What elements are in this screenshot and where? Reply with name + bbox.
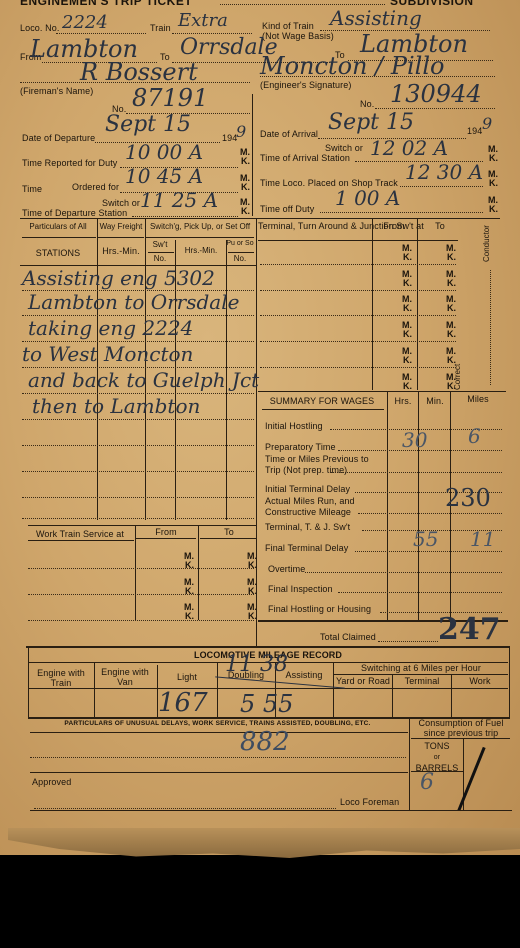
train-label: Train (150, 23, 171, 33)
engineer-no-value[interactable]: 130944 (390, 80, 482, 108)
terminal-to-mk: M.K. (442, 373, 456, 391)
ordered-value[interactable]: 10 45 A (125, 164, 203, 188)
time-label: Time (22, 184, 42, 194)
way-freight-hrs-header: Hrs.-Min. (98, 246, 144, 256)
wages-title: SUMMARY FOR WAGES (262, 396, 382, 406)
prep-time-miles[interactable]: 6 (468, 424, 481, 448)
departure-date-label: Date of Departure (22, 133, 95, 143)
mileage-col-header: Light (158, 672, 216, 682)
fuel-label: Consumption of Fuel since previous trip (411, 718, 511, 738)
work-to-mk: M.K. (243, 578, 257, 596)
terminal-from-mk: M.K. (398, 321, 412, 339)
work-to-mk: M.K. (243, 603, 257, 621)
terminal-from-header: From (374, 221, 414, 231)
kind-label: Kind of Train (262, 21, 314, 31)
wages-miles-header: Miles (455, 394, 501, 404)
terminal-to-mk: M.K. (442, 244, 456, 262)
work-to-mk: M.K. (243, 552, 257, 570)
mileage-col-header: Engine with Train (30, 668, 92, 688)
arrival-year-prefix: 194 (467, 126, 482, 136)
work-from-mk: M.K. (180, 603, 194, 621)
terminal-to-mk: M.K. (442, 347, 456, 365)
ticket-title: ENGINEMEN'S TRIP TICKET (20, 0, 192, 8)
light-value[interactable]: 167 (158, 688, 208, 718)
mileage-col-header: Engine with Van (94, 667, 156, 687)
terminal-from-mk: M.K. (398, 347, 412, 365)
work-from-mk: M.K. (180, 578, 194, 596)
terminal-from-mk: M.K. (398, 270, 412, 288)
wage-row-label: Final Terminal Delay (265, 543, 348, 553)
terminal-to-mk: M.K. (442, 295, 456, 313)
total-claimed-value[interactable]: 247 (438, 612, 501, 647)
assisting-value[interactable]: 5 55 (240, 690, 293, 718)
train-value[interactable]: Extra (178, 10, 228, 31)
wage-row-label: Preparatory Time (265, 442, 336, 452)
shop-track-value[interactable]: 12 30 A (405, 160, 483, 184)
fireman-no-value[interactable]: 87191 (132, 84, 208, 112)
actual-miles-value[interactable]: 230 (445, 484, 491, 512)
terminal-to-mk: M.K. (442, 321, 456, 339)
doubling-note[interactable]: 11 38 (225, 652, 288, 677)
particulars-value[interactable]: 882 (240, 727, 290, 757)
mileage-col-header: Terminal (393, 676, 451, 686)
off-duty-mk: M.K. (484, 196, 498, 214)
arr-station-label: Time of Arrival Station (260, 153, 350, 163)
departure-year-value[interactable]: 9 (236, 122, 246, 141)
engineer-signature-value[interactable]: Moncton / Pillo (260, 52, 444, 80)
terminal-header: Terminal, Turn Around & Junction Sw't at (258, 221, 370, 231)
terminal-to-mk: M.K. (442, 270, 456, 288)
particulars-header: Particulars of All (20, 222, 96, 231)
final-delay-miles[interactable]: 11 (470, 527, 495, 551)
arr-station-mk: M.K. (484, 145, 498, 163)
mileage-col-header: Work (452, 676, 508, 686)
terminal-from-mk: M.K. (398, 373, 412, 391)
station-line[interactable]: Lambton to Orrsdale (28, 290, 239, 314)
arrival-date-value[interactable]: Sept 15 (328, 110, 414, 135)
loco-foreman-label: Loco Foreman (340, 797, 399, 807)
conductor-label: Conductor (482, 225, 491, 262)
engineer-signature-label: (Engineer's Signature) (260, 80, 351, 90)
loco-no-label: Loco. No. (20, 23, 59, 33)
wage-row-label: Initial Terminal Delay (265, 484, 350, 494)
fuel-value[interactable]: 6 (420, 770, 434, 795)
dep-switch-label: Switch or (102, 198, 140, 208)
wage-row-label: Final Inspection (268, 584, 333, 594)
arr-station-value[interactable]: 12 02 A (370, 136, 448, 160)
terminal-from-mk: M.K. (398, 244, 412, 262)
switch-hrs-header: Hrs.-Min. (176, 246, 226, 255)
particulars-label: PARTICULARS OF UNUSUAL DELAYS, WORK SERV… (30, 720, 405, 727)
switching-label: Switching at 6 Miles per Hour (334, 663, 508, 673)
shop-track-mk: M.K. (484, 170, 498, 188)
dep-station-value[interactable]: 11 25 A (140, 188, 218, 212)
mileage-col-header: Yard or Road (334, 676, 392, 686)
wage-row-label: Final Hostling or Housing (268, 604, 371, 614)
final-delay-min[interactable]: 55 (413, 527, 438, 551)
pu-header: Pu or So (226, 240, 254, 247)
ordered-label: Ordered for (72, 182, 119, 192)
wages-min-header: Min. (420, 396, 450, 406)
loco-no-value[interactable]: 2224 (62, 12, 108, 33)
arrival-date-label: Date of Arrival (260, 129, 318, 139)
arrival-year-value[interactable]: 9 (482, 114, 492, 133)
departure-date-value[interactable]: Sept 15 (105, 112, 191, 137)
work-train-label: Work Train Service at (36, 529, 124, 539)
engineer-no-label: No. (360, 99, 374, 109)
prep-time-hrs[interactable]: 30 (402, 428, 427, 452)
terminal-from-mk: M.K. (398, 295, 412, 313)
fuel-unit-label: TONSorBARRELS (411, 741, 463, 773)
wages-hrs-header: Hrs. (388, 396, 418, 406)
reported-mk: M.K. (236, 148, 250, 166)
station-line[interactable]: and back to Guelph Jct (28, 368, 259, 392)
arr-switch-label: Switch or (325, 143, 363, 153)
fireman-name-label: (Fireman's Name) (20, 86, 93, 96)
reported-label: Time Reported for Duty (22, 158, 117, 168)
off-duty-value[interactable]: 1 00 A (335, 186, 400, 210)
station-line[interactable]: taking eng 2224 (28, 316, 193, 340)
way-freight-header: Way Freight (98, 222, 144, 231)
dep-station-label: Time of Departure Station (22, 208, 127, 218)
station-line[interactable]: then to Lambton (32, 394, 200, 418)
swt-no-header: No. (146, 254, 174, 263)
pu-no-header: No. (226, 254, 254, 263)
trip-ticket: ENGINEMEN'S TRIP TICKET SUBDIVISION Loco… (0, 0, 520, 855)
switching-header: Switch'g, Pick Up, or Set Off (146, 222, 254, 231)
total-claimed-label: Total Claimed (320, 632, 376, 642)
reported-value[interactable]: 10 00 A (125, 140, 203, 164)
off-duty-label: Time off Duty (260, 204, 314, 214)
wage-row-label: Overtime (268, 564, 305, 574)
dep-station-mk: M.K. (236, 198, 250, 216)
wage-row-label: Terminal, T. & J. Sw't (265, 522, 350, 532)
work-from-mk: M.K. (180, 552, 194, 570)
work-train-from-header: From (136, 527, 196, 537)
wage-row-label: Initial Hostling (265, 421, 323, 431)
ordered-mk: M.K. (236, 174, 250, 192)
swt-header: Sw't (146, 240, 174, 249)
station-line[interactable]: Assisting eng 5302 (22, 266, 215, 290)
approved-label: Approved (32, 777, 71, 787)
work-train-to-header: To (200, 527, 258, 537)
terminal-to-header: To (420, 221, 460, 231)
wage-row-label: Actual Miles Run, and Constructive Milea… (265, 496, 385, 518)
fireman-name-value[interactable]: R Bossert (80, 58, 198, 86)
kind-value[interactable]: Assisting (330, 6, 422, 30)
stations-header: STATIONS (20, 248, 96, 258)
station-line[interactable]: to West Moncton (22, 342, 193, 366)
